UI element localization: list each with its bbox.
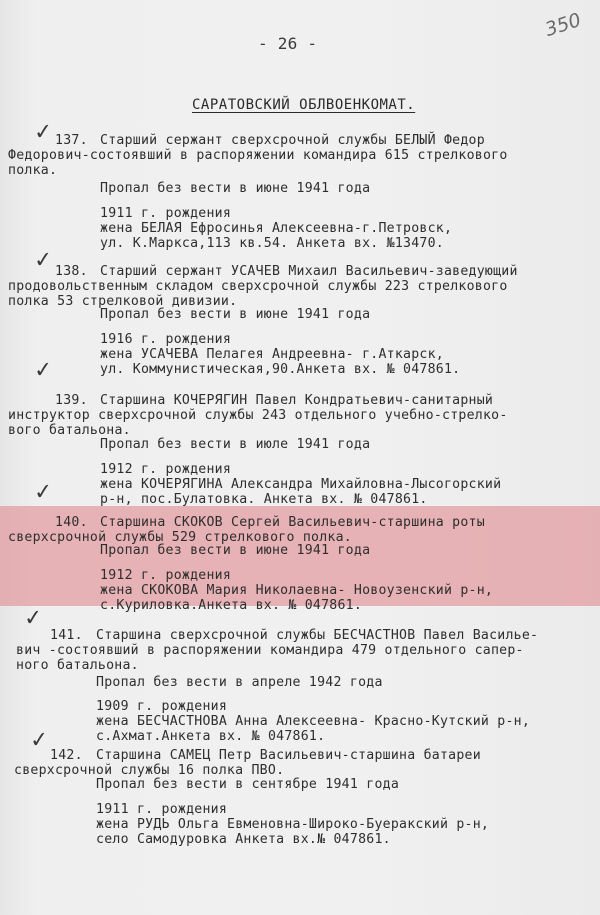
relative-line: жена УСАЧЕВА Пелагея Андреевна- г.Аткарс… xyxy=(100,347,444,362)
missing-status: Пропал без вести в июне 1941 года xyxy=(100,181,370,196)
entry-number: 142. xyxy=(50,748,83,763)
relative-line: ул. Коммунистическая,90.Анкета вх. № 047… xyxy=(100,362,460,377)
missing-status: Пропал без вести в июле 1941 года xyxy=(100,437,370,452)
relative-line: жена БЕСЧАСТНОВА Анна Алексеевна- Красно… xyxy=(96,714,530,729)
entry-line: Старший сержант УСАЧЕВ Михаил Васильевич… xyxy=(100,264,518,279)
birth-year: 1911 г. рождения xyxy=(100,206,231,221)
relative-line: жена РУДЬ Ольга Евменовна-Широко-Буеракс… xyxy=(96,817,489,832)
entry-line: Старшина КОЧЕРЯГИН Павел Кондратьевич-са… xyxy=(100,393,493,408)
checkmark-icon: ✓ xyxy=(33,119,53,145)
relative-line: жена КОЧЕРЯГИНА Александра Михайловна-Лы… xyxy=(100,477,501,492)
birth-year: 1912 г. рождения xyxy=(100,568,231,583)
entry-line: полка. xyxy=(8,163,57,178)
entry-line: Старшина сверхсрочной службы БЕСЧАСТНОВ … xyxy=(96,628,538,643)
entry-line: вич -состоявший в распоряжении командира… xyxy=(16,643,524,658)
entry-number: 137. xyxy=(55,133,88,148)
birth-year: 1909 г. рождения xyxy=(96,699,227,714)
relative-line: село Самодуровка Анкета вх.№ 047861. xyxy=(96,832,391,847)
missing-status: Пропал без вести в сентябре 1941 года xyxy=(96,777,399,792)
entry-line: Старшина СКОКОВ Сергей Васильевич-старши… xyxy=(100,515,485,530)
birth-year: 1911 г. рождения xyxy=(96,802,227,817)
entry-line: Старшина САМЕЦ Петр Васильевич-старшина … xyxy=(96,748,481,763)
missing-status: Пропал без вести в апреле 1942 года xyxy=(96,675,383,690)
checkmark-icon: ✓ xyxy=(23,605,43,631)
entry-line: вого батальона. xyxy=(8,423,131,438)
relative-line: р-н, пос.Булатовка. Анкета вх. № 047861. xyxy=(100,492,428,507)
checkmark-icon: ✓ xyxy=(29,727,49,753)
checkmark-icon: ✓ xyxy=(33,479,53,505)
missing-status: Пропал без вести в июне 1941 года xyxy=(100,307,370,322)
relative-line: с.Куриловка.Анкета вх. № 047861. xyxy=(100,598,362,613)
entry-number: 140. xyxy=(55,515,88,530)
entry-number: 139. xyxy=(55,393,88,408)
entry-line: ного батальона. xyxy=(16,658,139,673)
entry-line: сверхсрочной службы 16 полка ПВО. xyxy=(14,763,284,778)
relative-line: с.Ахмат.Анкета вх. № 047861. xyxy=(96,729,325,744)
entry-line: продовольственным складом сверхсрочной с… xyxy=(8,279,508,294)
archive-page-number: 350 xyxy=(542,9,583,41)
document-page: 350 - 26 - САРАТОВСКИЙ ОБЛВОЕНКОМАТ. ✓ ✓… xyxy=(0,0,600,915)
entry-line: инструктор сверхсрочной службы 243 отдел… xyxy=(8,408,508,423)
birth-year: 1916 г. рождения xyxy=(100,332,231,347)
missing-status: Пропал без вести в июне 1941 года xyxy=(100,543,370,558)
checkmark-icon: ✓ xyxy=(33,247,53,273)
relative-line: ул. К.Маркса,113 кв.54. Анкета вх. №1347… xyxy=(100,236,444,251)
checkmark-icon: ✓ xyxy=(33,357,53,383)
entry-number: 141. xyxy=(50,628,83,643)
relative-line: жена БЕЛАЯ Ефросинья Алексеевна-г.Петров… xyxy=(100,221,452,236)
page-title: САРАТОВСКИЙ ОБЛВОЕНКОМАТ. xyxy=(192,98,415,113)
entry-line: Федорович-состоявший в распоряжении кома… xyxy=(8,148,508,163)
birth-year: 1912 г. рождения xyxy=(100,462,231,477)
entry-line: Старший сержант сверхсрочной службы БЕЛЫ… xyxy=(100,133,485,148)
page-number: - 26 - xyxy=(258,36,317,51)
entry-number: 138. xyxy=(55,264,88,279)
relative-line: жена СКОКОВА Мария Николаевна- Новоузенс… xyxy=(100,583,493,598)
